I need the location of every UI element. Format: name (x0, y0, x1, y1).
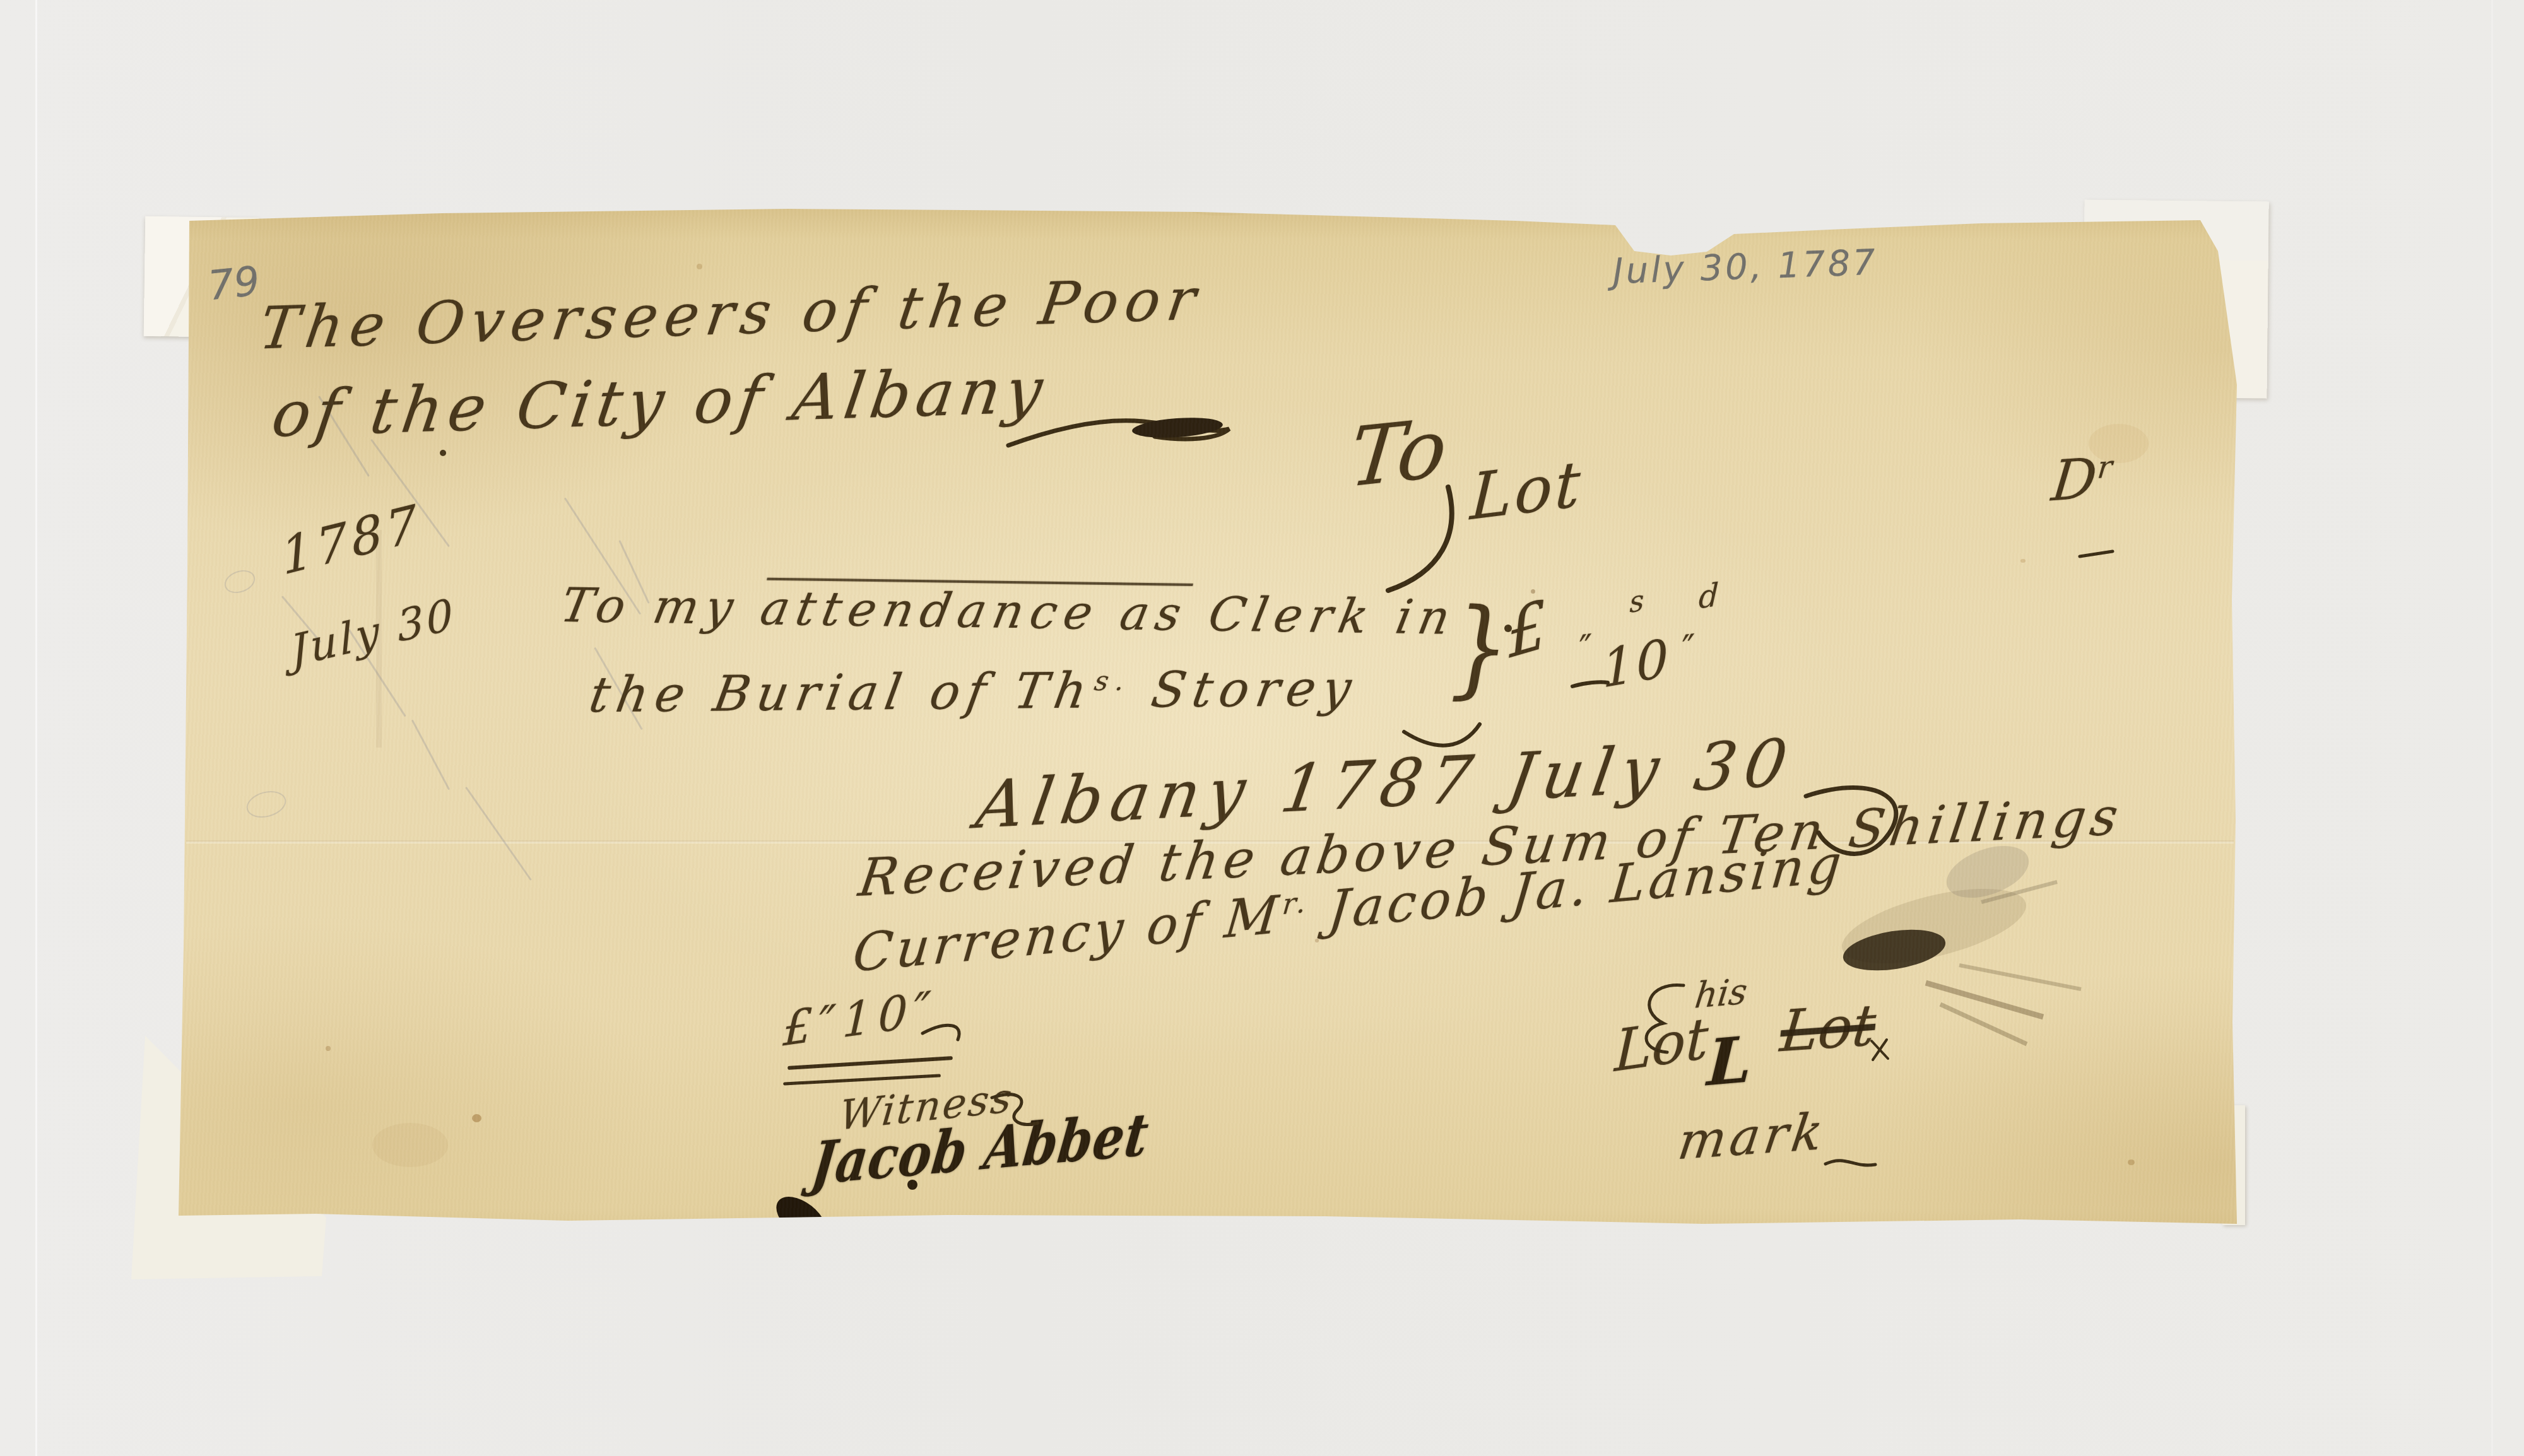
entry-brace: } (1449, 595, 1509, 701)
entry-year: 1787 (279, 497, 423, 582)
entry-ditto-pence: ″ (1681, 630, 1699, 667)
albany-flourish-blob (1131, 415, 1224, 440)
pencil-ghost-loop (244, 787, 289, 821)
mark-label: mark (1675, 1106, 1830, 1167)
shillings-column-mark: s (1629, 585, 1644, 618)
entry-service-line1: To my attendance as Clerk in (557, 582, 1461, 642)
scanned-document-page: 79 July 30, 1787 The Overseers of the Po… (0, 0, 2524, 1456)
to-label-tail (1388, 487, 1452, 590)
entry-pound-sign: £ (1506, 592, 1550, 669)
pencil-date-annotation: July 30, 1787 (1612, 245, 1878, 290)
entry-ditto-pounds: ″ (1578, 630, 1596, 667)
scanner-streak (35, 0, 37, 1456)
pencil-ghost-stroke (411, 720, 450, 790)
foxing-spot (472, 1114, 481, 1122)
service-line2-prefix: the Burial of Th (585, 662, 1098, 724)
creditor-name: Lot (1469, 452, 1584, 529)
entry-date: July 30 (289, 593, 457, 674)
foxing-patch (1174, 183, 1268, 216)
body-line2-superscript: r. (1281, 885, 1311, 922)
foxing-spot (1859, 221, 1863, 225)
mark-flourish (1825, 1161, 1875, 1165)
mark-name: Lot (1613, 1010, 1709, 1081)
ink-dot (440, 450, 446, 456)
scanner-streak (2491, 0, 2493, 1456)
debtor-name-line2: of the City of Albany (268, 358, 1052, 446)
service-prefix: To my (557, 577, 767, 635)
signature-ink-blot (769, 1188, 835, 1250)
entry-amount-shillings: 10 (1601, 632, 1672, 696)
amount-underline-2 (783, 1074, 941, 1085)
service-suffix: Clerk in (1182, 586, 1461, 645)
pence-column-mark: d (1698, 578, 1719, 613)
foxing-spot (2128, 1160, 2135, 1165)
receipt-amount-total: £″10″ (782, 984, 938, 1053)
dr-underline (2080, 551, 2113, 556)
to-label: To (1347, 408, 1451, 500)
foxing-spot (2020, 559, 2026, 563)
foxing-spot (326, 1046, 331, 1051)
debtor-name-line1: The Overseers of the Poor (256, 270, 1206, 358)
cross-mark-stroke1 (1872, 1041, 1888, 1059)
debit-superscript: r (2096, 449, 2114, 486)
catalog-number: 79 (206, 261, 262, 307)
crossed-out-name: Lot (1778, 997, 1878, 1060)
debit-base: D (2049, 445, 2100, 514)
service-line2-name: Storey (1125, 660, 1362, 719)
service-overlined: attendance as (756, 580, 1193, 642)
debit-abbreviation: Dr (2049, 449, 2114, 509)
foxing-spot (697, 264, 702, 269)
amount-underline-1 (787, 1056, 953, 1070)
pencil-ghost-loop (221, 566, 259, 597)
foxing-patch (372, 1123, 448, 1167)
service-line2-superscript: s. (1092, 666, 1134, 698)
pencil-ghost-stroke (465, 787, 532, 881)
cross-mark-stroke2 (1873, 1040, 1887, 1060)
mark-initial: L (1706, 1028, 1753, 1095)
entry-service-line2: the Burial of Ths. Storey (586, 664, 1361, 720)
